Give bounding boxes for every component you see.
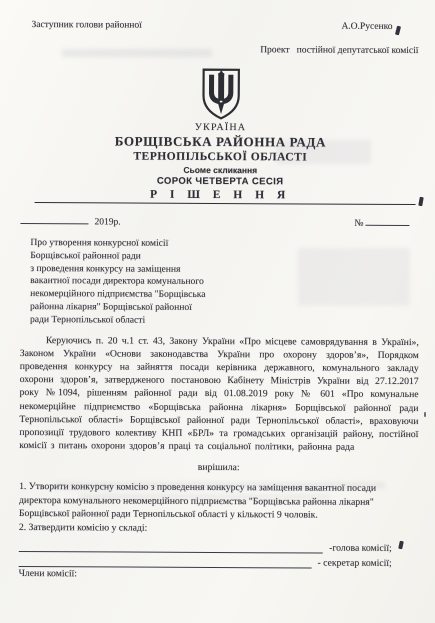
country-name: УКРАЇНА: [21, 121, 420, 134]
convocation-line: Сьоме скликання: [21, 164, 420, 176]
title-line: ради Тернопільської області: [30, 314, 419, 329]
heading-rule: [35, 202, 416, 205]
document-content: Заступник голови районної А.О.Русенко Пр…: [0, 0, 435, 623]
number-blank-line: [365, 215, 409, 226]
bleedthrough-artifact: [55, 482, 385, 489]
author-name: А.О.Русенко: [341, 22, 392, 32]
bleedthrough-artifact: [298, 248, 410, 306]
decision-item-2: 2. Затвердити комісію у складі:: [19, 521, 418, 536]
pen-mark: [424, 412, 426, 417]
bleedthrough-artifact: [276, 140, 371, 164]
letterhead: УКРАЇНА БОРЩІВСЬКА РАЙОННА РАДА ТЕРНОПІЛ…: [21, 67, 421, 202]
number-sign: №: [354, 219, 363, 229]
chair-blank-line: [19, 542, 323, 554]
scanned-decision-document: Заступник голови районної А.О.Русенко Пр…: [0, 0, 435, 623]
project-line: Проект постійної депутатської комісії: [260, 45, 418, 56]
chair-signature-row: -голова комісії;: [19, 541, 418, 554]
ukraine-trident-emblem: [200, 68, 242, 120]
deputy-head-line: Заступник голови районної: [31, 20, 141, 31]
resolution-word: вирішила:: [19, 461, 418, 474]
chair-label: -голова комісії;: [329, 543, 392, 554]
decision-heading: Р І Ш Е Н Н Я: [21, 188, 420, 202]
spacer: [121, 224, 355, 225]
year-label: 2019р.: [94, 217, 120, 227]
bleedthrough-artifact: [80, 494, 330, 500]
session-line: СОРОК ЧЕТВЕРТА СЕСІЯ: [21, 175, 420, 188]
bleedthrough-artifact: [62, 49, 212, 57]
date-blank-line: [20, 213, 88, 224]
date-number-row: 2019р. №: [20, 213, 419, 229]
members-label: Члени комісії:: [19, 568, 418, 581]
secretary-blank-line: [19, 557, 312, 569]
secretary-signature-row: - секретар комісії;: [19, 556, 418, 569]
top-row: Заступник голови районної А.О.Русенко: [21, 20, 420, 32]
preamble-paragraph: Керуючись п. 20 ч.1 ст. 43, Закону Украї…: [19, 334, 419, 455]
secretary-label: - секретар комісії;: [317, 558, 391, 569]
